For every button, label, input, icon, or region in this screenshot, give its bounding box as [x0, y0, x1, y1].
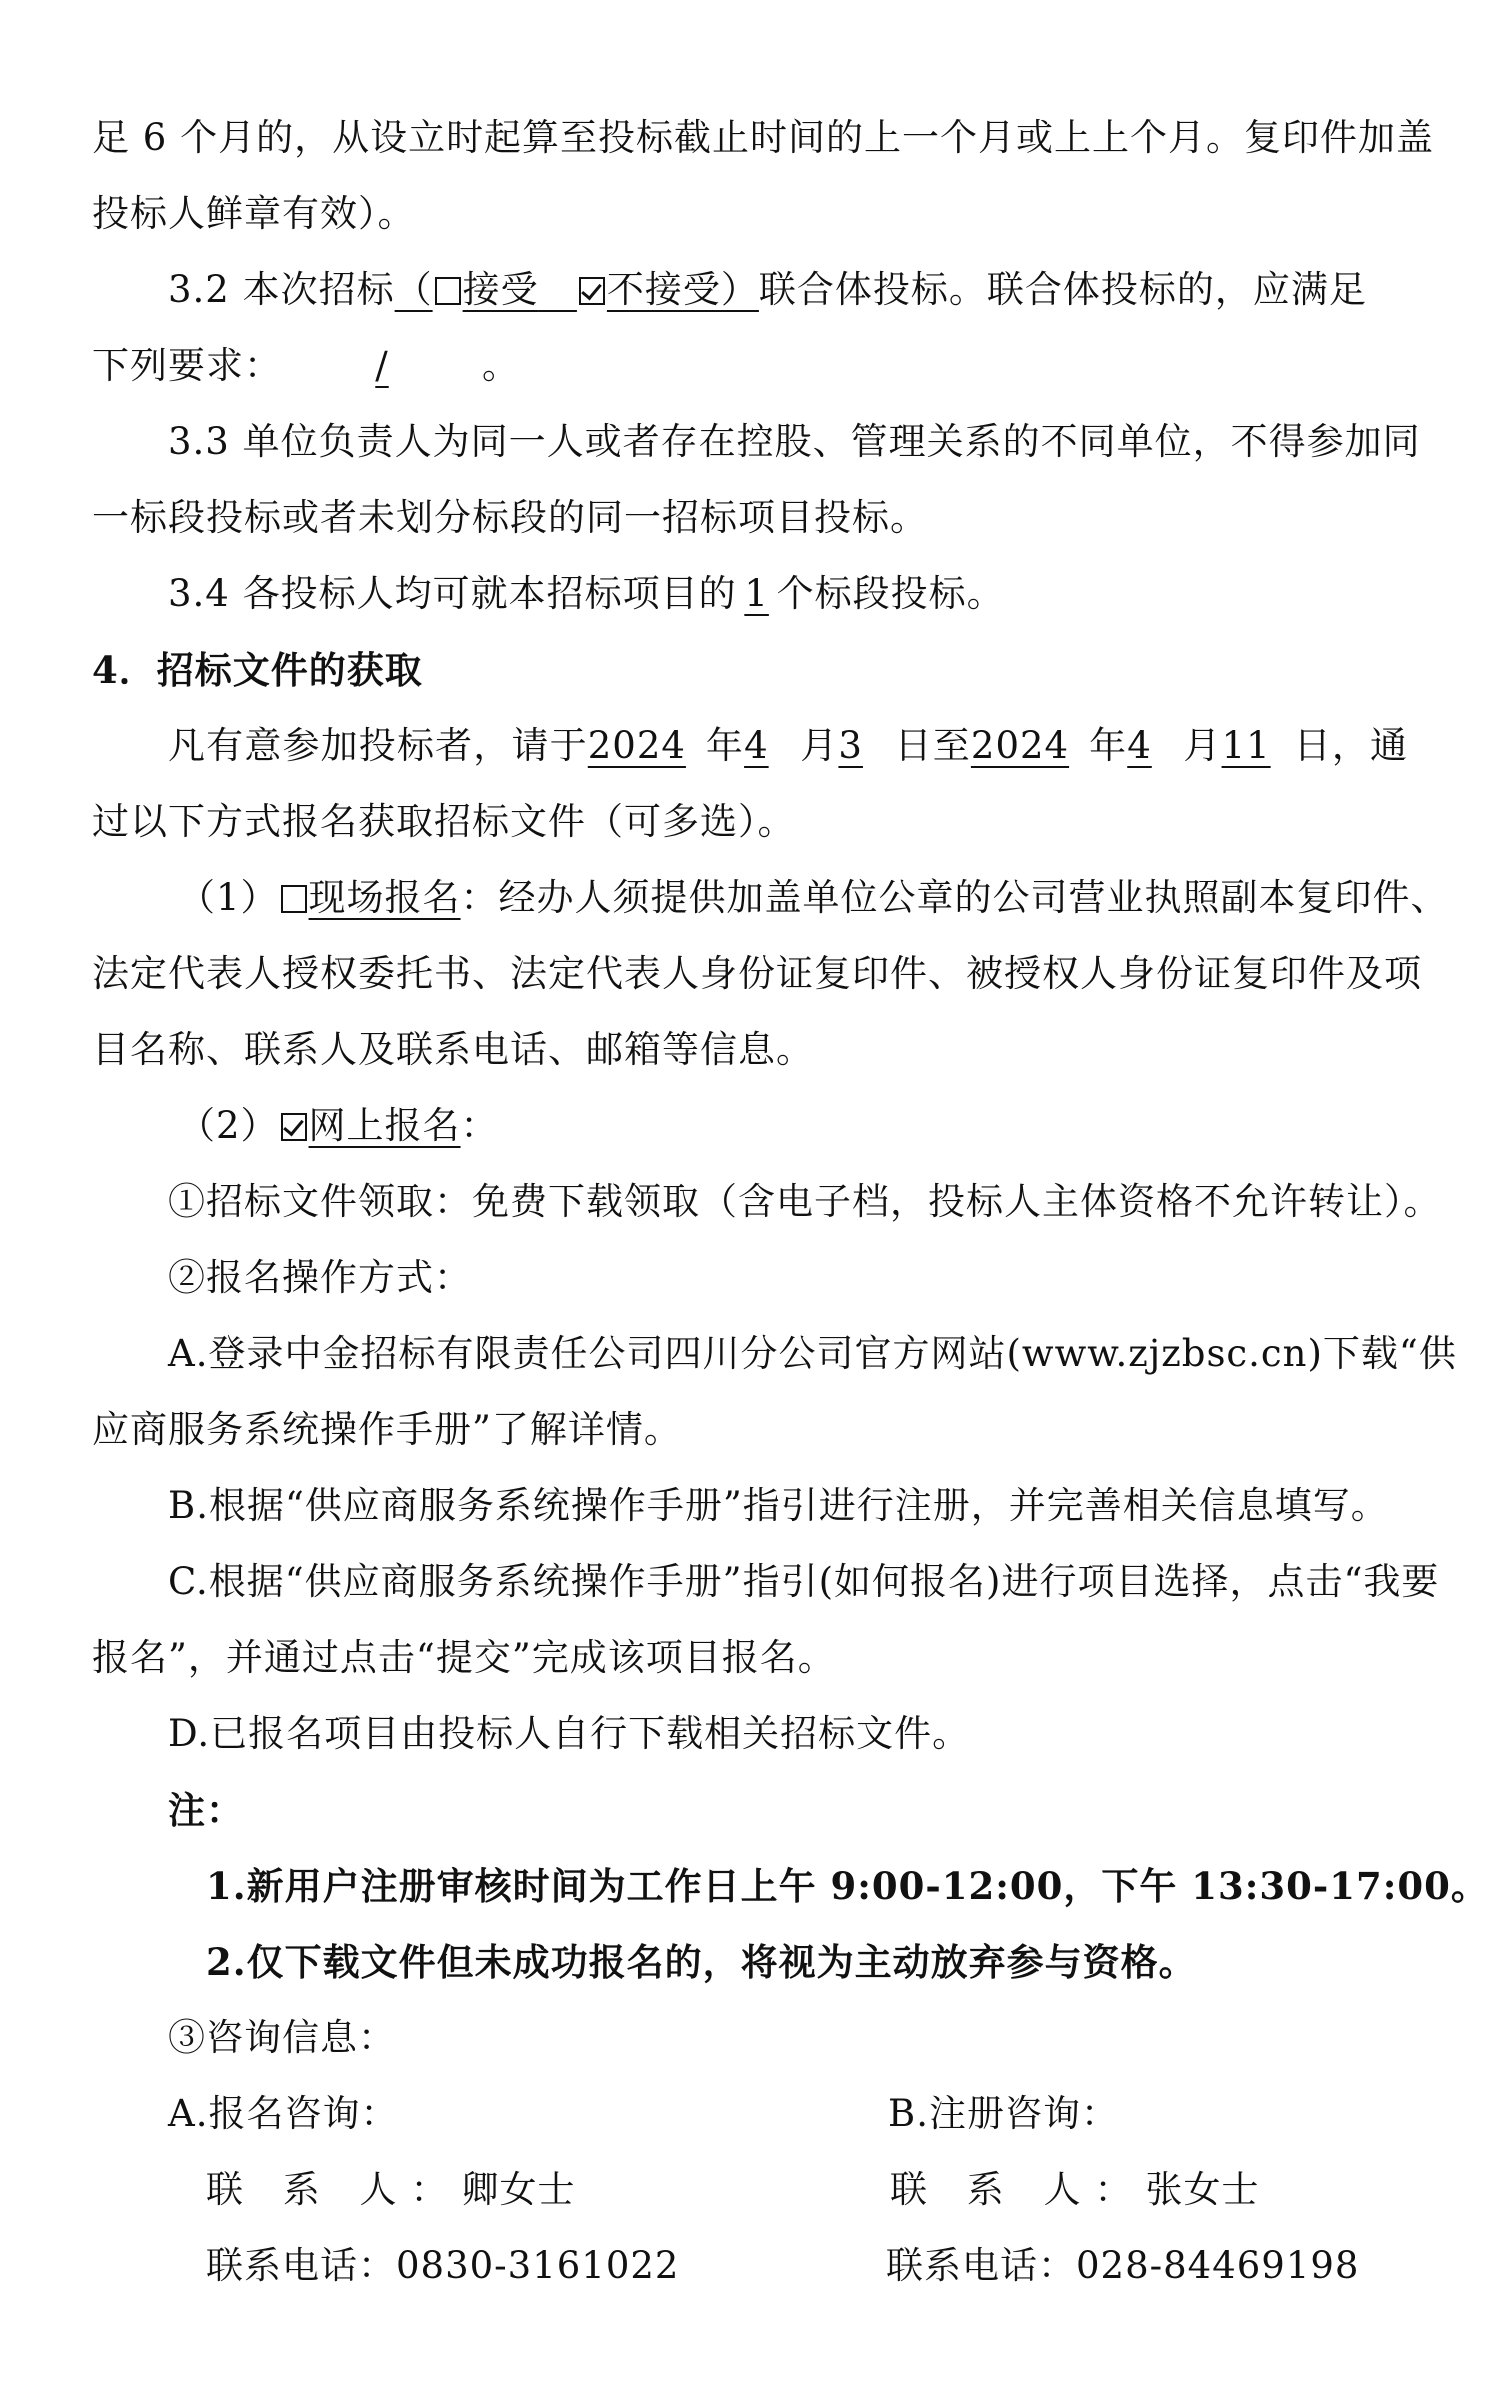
- onsite-text: ：经办人须提供加盖单位公章的公司营业执照副本复印件、: [461, 876, 1449, 919]
- contact-b-person-name: 张女士: [1146, 2168, 1260, 2211]
- option-onsite-number: （1）: [178, 876, 279, 919]
- reject-checkbox-checked-icon[interactable]: [579, 277, 605, 305]
- section-count: 1: [737, 556, 777, 632]
- note-label: 注：: [168, 1772, 1408, 1848]
- reject-label: 不接受）: [607, 268, 759, 311]
- clause-3-2-line-2: 下列要求：/。: [92, 328, 1408, 404]
- open-paren: （: [395, 268, 433, 311]
- month-label: 月: [800, 724, 838, 767]
- intro-line-2: 投标人鲜章有效）。: [92, 176, 1408, 252]
- contact-b-title: B.注册咨询：: [888, 2076, 1448, 2152]
- requirements-value: /: [282, 328, 482, 404]
- clause-3-4: 3.4 各投标人均可就本招标项目的1个标段投标。: [168, 556, 1408, 632]
- clause-3-3-line-2: 一标段投标或者未划分标段的同一招标项目投标。: [92, 480, 1408, 556]
- item-consultation: ③咨询信息：: [168, 2000, 1408, 2076]
- registration-period: 凡有意参加投标者，请于2024年4月3日至2024年4月11日，通: [168, 708, 1408, 784]
- step-a-line-2: 应商服务系统操作手册”了解详情。: [92, 1392, 1408, 1468]
- contact-b-person: 联 系 人：张女士: [890, 2152, 1450, 2228]
- start-year: 2024: [588, 708, 706, 784]
- item-doc-collection: ①招标文件领取：免费下载领取（含电子档，投标人主体资格不允许转让）。: [168, 1164, 1408, 1240]
- online-checkbox-checked-icon[interactable]: [281, 1113, 307, 1141]
- clause-3-2-suffix: 联合体投标。联合体投标的，应满足: [759, 268, 1367, 311]
- contact-b-phone: 联系电话：028-84469198: [886, 2228, 1446, 2304]
- option-online: （2）网上报名：: [178, 1088, 1494, 1164]
- item-operation-method: ②报名操作方式：: [168, 1240, 1408, 1316]
- online-label: 网上报名: [309, 1104, 461, 1147]
- document-page: 足 6 个月的，从设立时起算至投标截止时间的上一个月或上上个月。复印件加盖 投标…: [0, 0, 1500, 2402]
- colon: ：: [461, 1104, 499, 1147]
- contact-a-person-label: 联 系 人：: [206, 2168, 462, 2211]
- contact-b-phone-number[interactable]: 028-84469198: [1076, 2244, 1359, 2287]
- option-onsite: （1）现场报名：经办人须提供加盖单位公章的公司营业执照副本复印件、: [178, 860, 1408, 936]
- step-b: B.根据“供应商服务系统操作手册”指引进行注册，并完善相关信息填写。: [168, 1468, 1408, 1544]
- clause-3-3-line-1: 3.3 单位负责人为同一人或者存在控股、管理关系的不同单位，不得参加同: [168, 404, 1408, 480]
- option-online-number: （2）: [178, 1104, 279, 1147]
- step-a-line-1: A.登录中金招标有限责任公司四川分公司官方网站(www.zjzbsc.cn)下载…: [168, 1316, 1408, 1392]
- clause-3-4-prefix: 3.4 各投标人均可就本招标项目的: [168, 572, 737, 615]
- step-c-line-1: C.根据“供应商服务系统操作手册”指引(如何报名)进行项目选择，点击“我要: [168, 1544, 1408, 1620]
- end-year: 2024: [971, 708, 1089, 784]
- note-1: 1.新用户注册审核时间为工作日上午 9:00-12:00，下午 13:30-17…: [206, 1848, 1500, 1924]
- clause-3-2-prefix: 3.2 本次招标: [168, 268, 395, 311]
- contact-b-person-label: 联 系 人：: [890, 2168, 1146, 2211]
- consortium-choice: （接受 不接受）: [395, 268, 759, 311]
- note-2: 2.仅下载文件但未成功报名的，将视为主动放弃参与资格。: [206, 1924, 1500, 2000]
- end-day: 11: [1222, 708, 1294, 784]
- start-day: 3: [838, 708, 894, 784]
- year-label: 年: [706, 724, 744, 767]
- contact-b-phone-label: 联系电话：: [886, 2244, 1076, 2287]
- onsite-checkbox-icon[interactable]: [281, 885, 307, 913]
- day-to-label: 日至: [894, 724, 970, 767]
- step-c-line-2: 报名”，并通过点击“提交”完成该项目报名。: [92, 1620, 1408, 1696]
- registration-period-line-2: 过以下方式报名获取招标文件（可多选）。: [92, 784, 1408, 860]
- onsite-label: 现场报名: [309, 876, 461, 919]
- contact-a-phone-label: 联系电话：: [206, 2244, 396, 2287]
- option-onsite-line-3: 目名称、联系人及联系电话、邮箱等信息。: [92, 1012, 1408, 1088]
- option-onsite-choice: 现场报名: [279, 876, 461, 919]
- intro-line-1: 足 6 个月的，从设立时起算至投标截止时间的上一个月或上上个月。复印件加盖: [92, 100, 1408, 176]
- clause-3-4-suffix: 个标段投标。: [777, 572, 1005, 615]
- end-month: 4: [1127, 708, 1183, 784]
- section-4-heading: 4．招标文件的获取: [92, 632, 1408, 708]
- requirements-label: 下列要求：: [92, 344, 282, 387]
- step-d: D.已报名项目由投标人自行下载相关招标文件。: [168, 1696, 1408, 1772]
- clause-3-2: 3.2 本次招标（接受 不接受）联合体投标。联合体投标的，应满足: [168, 252, 1408, 328]
- option-onsite-line-2: 法定代表人授权委托书、法定代表人身份证复印件、被授权人身份证复印件及项: [92, 936, 1408, 1012]
- contact-a-person: 联 系 人：卿女士: [206, 2152, 806, 2228]
- contact-a-phone: 联系电话：0830-3161022: [206, 2228, 806, 2304]
- contact-a-phone-number[interactable]: 0830-3161022: [396, 2244, 679, 2287]
- period: 。: [482, 344, 520, 387]
- year-label: 年: [1089, 724, 1127, 767]
- accept-label: 接受: [463, 268, 539, 311]
- start-month: 4: [744, 708, 800, 784]
- option-online-choice: 网上报名: [279, 1104, 461, 1147]
- period-prefix: 凡有意参加投标者，请于: [168, 724, 588, 767]
- period-suffix: 日，通: [1294, 724, 1408, 767]
- accept-checkbox-icon[interactable]: [435, 277, 461, 305]
- contact-a-person-name: 卿女士: [462, 2168, 576, 2211]
- month-label: 月: [1183, 724, 1221, 767]
- contact-a-title: A.报名咨询：: [168, 2076, 768, 2152]
